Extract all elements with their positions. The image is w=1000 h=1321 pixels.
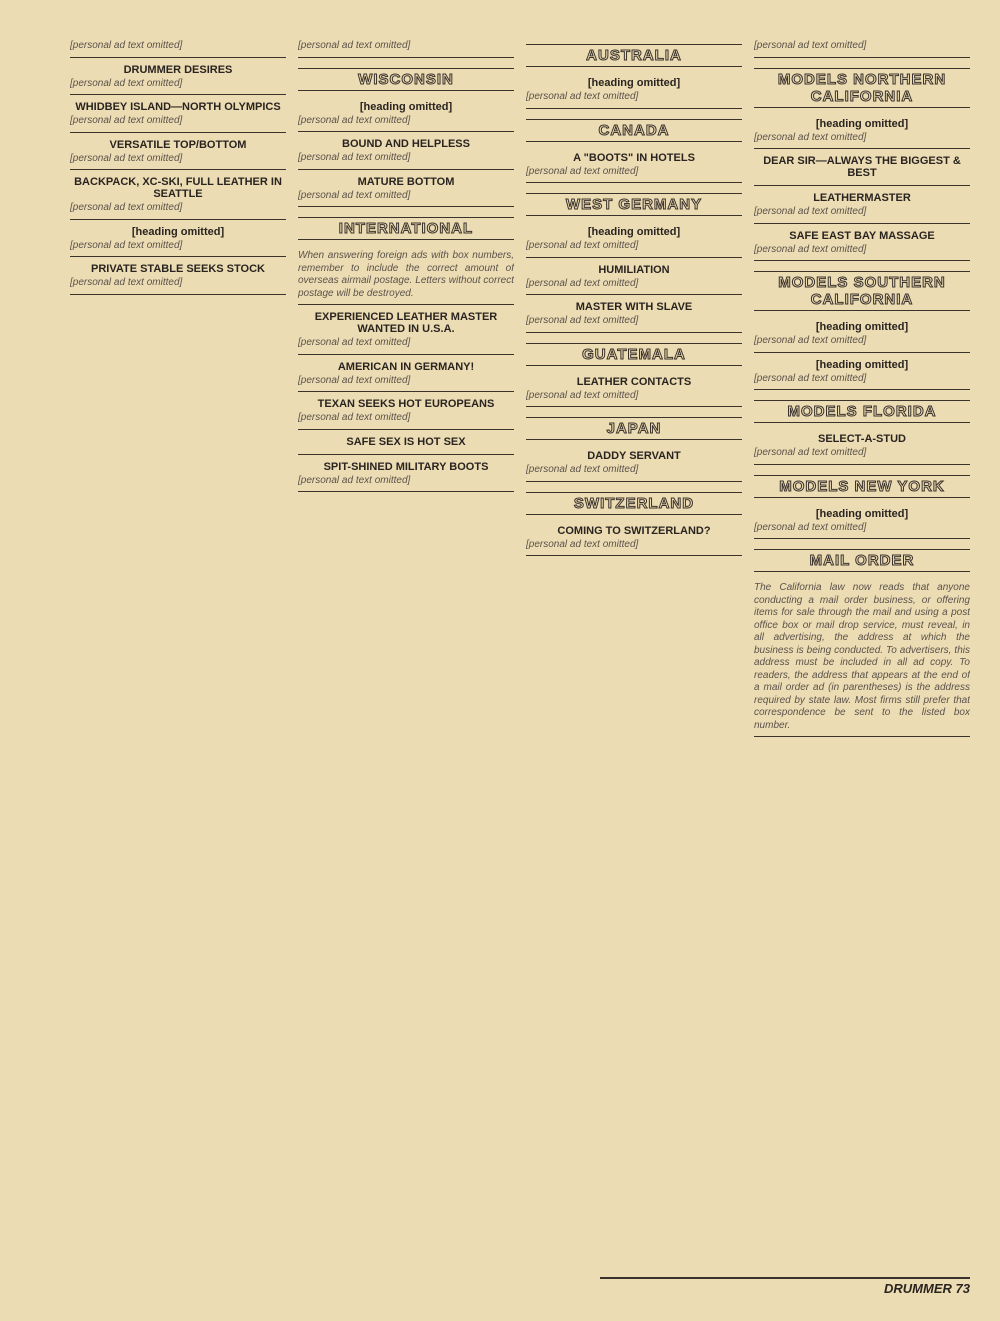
section-banner: MODELS FLORIDA — [754, 400, 970, 423]
classified-ad: The California law now reads that anyone… — [754, 582, 970, 737]
classified-ad: [heading omitted][personal ad text omitt… — [526, 226, 742, 258]
ad-heading: SAFE EAST BAY MASSAGE — [754, 230, 970, 242]
ad-body: [personal ad text omitted] — [70, 40, 286, 53]
classified-ad: [personal ad text omitted] — [754, 40, 970, 58]
ad-heading: [heading omitted] — [754, 321, 970, 333]
ad-body: [personal ad text omitted] — [526, 464, 742, 477]
classified-ad: [personal ad text omitted] — [70, 40, 286, 58]
ad-body: [personal ad text omitted] — [298, 152, 514, 165]
classified-ad: [heading omitted][personal ad text omitt… — [754, 321, 970, 353]
ad-heading: TEXAN SEEKS HOT EUROPEANS — [298, 398, 514, 410]
section-banner: WEST GERMANY — [526, 193, 742, 216]
ad-heading: HUMILIATION — [526, 264, 742, 276]
classified-ad: PRIVATE STABLE SEEKS STOCK[personal ad t… — [70, 263, 286, 295]
section-banner: MAIL ORDER — [754, 549, 970, 572]
ad-body: [personal ad text omitted] — [298, 40, 514, 53]
ad-heading: SAFE SEX IS HOT SEX — [298, 436, 514, 448]
ad-body: [personal ad text omitted] — [298, 412, 514, 425]
ad-body: [personal ad text omitted] — [754, 447, 970, 460]
column-4: [personal ad text omitted]MODELS NORTHER… — [754, 40, 970, 1270]
classified-ad: COMING TO SWITZERLAND?[personal ad text … — [526, 525, 742, 557]
page-footer: DRUMMER 73 — [600, 1277, 970, 1296]
ad-heading: WHIDBEY ISLAND—NORTH OLYMPICS — [70, 101, 286, 113]
ad-heading: [heading omitted] — [70, 226, 286, 238]
ad-heading: BACKPACK, XC-SKI, FULL LEATHER IN SEATTL… — [70, 176, 286, 200]
ad-body: [personal ad text omitted] — [298, 475, 514, 488]
ad-heading: PRIVATE STABLE SEEKS STOCK — [70, 263, 286, 275]
section-banner: MODELS NEW YORK — [754, 475, 970, 498]
ad-heading: A "BOOTS" IN HOTELS — [526, 152, 742, 164]
classified-ad: [personal ad text omitted] — [298, 40, 514, 58]
section-banner: MODELS SOUTHERN CALIFORNIA — [754, 271, 970, 311]
section-banner: MODELS NORTHERN CALIFORNIA — [754, 68, 970, 108]
ad-heading: BOUND AND HELPLESS — [298, 138, 514, 150]
ad-heading: LEATHERMASTER — [754, 192, 970, 204]
classified-ad: AMERICAN IN GERMANY![personal ad text om… — [298, 361, 514, 393]
page-number: 73 — [956, 1281, 970, 1296]
classified-ad: EXPERIENCED LEATHER MASTER WANTED IN U.S… — [298, 311, 514, 355]
ad-body: [personal ad text omitted] — [298, 337, 514, 350]
ad-heading: [heading omitted] — [526, 77, 742, 89]
classified-ad: WHIDBEY ISLAND—NORTH OLYMPICS[personal a… — [70, 101, 286, 133]
ad-body: When answering foreign ads with box numb… — [298, 250, 514, 300]
ad-body: [personal ad text omitted] — [754, 244, 970, 257]
classified-ad: MASTER WITH SLAVE[personal ad text omitt… — [526, 301, 742, 333]
ad-body: The California law now reads that anyone… — [754, 582, 970, 732]
ad-body: [personal ad text omitted] — [526, 278, 742, 291]
ad-heading: COMING TO SWITZERLAND? — [526, 525, 742, 537]
section-banner: CANADA — [526, 119, 742, 142]
classified-ad: SPIT-SHINED MILITARY BOOTS[personal ad t… — [298, 461, 514, 493]
ad-heading: LEATHER CONTACTS — [526, 376, 742, 388]
ad-body: [personal ad text omitted] — [526, 166, 742, 179]
ad-body: [personal ad text omitted] — [298, 115, 514, 128]
ad-heading: [heading omitted] — [526, 226, 742, 238]
ad-body: [personal ad text omitted] — [526, 315, 742, 328]
ad-body: [personal ad text omitted] — [754, 522, 970, 535]
ad-body: [personal ad text omitted] — [526, 539, 742, 552]
classified-ad: SAFE SEX IS HOT SEX — [298, 436, 514, 455]
column-3: AUSTRALIA[heading omitted][personal ad t… — [526, 40, 742, 1270]
classified-ad: TEXAN SEEKS HOT EUROPEANS[personal ad te… — [298, 398, 514, 430]
classified-ad: DADDY SERVANT[personal ad text omitted] — [526, 450, 742, 482]
section-banner: WISCONSIN — [298, 68, 514, 91]
classified-ad: [heading omitted][personal ad text omitt… — [298, 101, 514, 133]
ad-heading: MATURE BOTTOM — [298, 176, 514, 188]
classified-ad: LEATHERMASTER[personal ad text omitted] — [754, 192, 970, 224]
classified-ad: BACKPACK, XC-SKI, FULL LEATHER IN SEATTL… — [70, 176, 286, 220]
classified-ad: [heading omitted][personal ad text omitt… — [526, 77, 742, 109]
ad-heading: MASTER WITH SLAVE — [526, 301, 742, 313]
ad-body: [personal ad text omitted] — [754, 40, 970, 53]
section-banner: INTERNATIONAL — [298, 217, 514, 240]
classified-ad: LEATHER CONTACTS[personal ad text omitte… — [526, 376, 742, 408]
section-banner: GUATEMALA — [526, 343, 742, 366]
ad-heading: DADDY SERVANT — [526, 450, 742, 462]
ad-body: [personal ad text omitted] — [298, 375, 514, 388]
classified-ad: When answering foreign ads with box numb… — [298, 250, 514, 305]
ad-body: [personal ad text omitted] — [70, 277, 286, 290]
magazine-page: [personal ad text omitted]DRUMMER DESIRE… — [70, 40, 970, 1270]
ad-heading: DEAR SIR—ALWAYS THE BIGGEST & BEST — [754, 155, 970, 179]
ad-heading: DRUMMER DESIRES — [70, 64, 286, 76]
ad-heading: SPIT-SHINED MILITARY BOOTS — [298, 461, 514, 473]
ad-body: [personal ad text omitted] — [526, 240, 742, 253]
classified-ad: [heading omitted][personal ad text omitt… — [754, 359, 970, 391]
ad-body: [personal ad text omitted] — [754, 206, 970, 219]
ad-heading: EXPERIENCED LEATHER MASTER WANTED IN U.S… — [298, 311, 514, 335]
section-banner: AUSTRALIA — [526, 44, 742, 67]
ad-body: [personal ad text omitted] — [70, 153, 286, 166]
classified-ad: HUMILIATION[personal ad text omitted] — [526, 264, 742, 296]
column-2: [personal ad text omitted]WISCONSIN[head… — [298, 40, 514, 1270]
classified-ad: [heading omitted][personal ad text omitt… — [754, 118, 970, 150]
ad-heading: [heading omitted] — [754, 359, 970, 371]
classified-ad: SELECT-A-STUD[personal ad text omitted] — [754, 433, 970, 465]
ad-body: [personal ad text omitted] — [70, 202, 286, 215]
classified-ad: [heading omitted][personal ad text omitt… — [754, 508, 970, 540]
ad-body: [personal ad text omitted] — [70, 240, 286, 253]
section-banner: JAPAN — [526, 417, 742, 440]
ad-body: [personal ad text omitted] — [298, 190, 514, 203]
column-1: [personal ad text omitted]DRUMMER DESIRE… — [70, 40, 286, 1270]
ad-heading: [heading omitted] — [298, 101, 514, 113]
ad-body: [personal ad text omitted] — [754, 373, 970, 386]
classified-ad: DRUMMER DESIRES[personal ad text omitted… — [70, 64, 286, 96]
classified-ad: [heading omitted][personal ad text omitt… — [70, 226, 286, 258]
ad-heading: [heading omitted] — [754, 118, 970, 130]
ad-heading: SELECT-A-STUD — [754, 433, 970, 445]
section-banner: SWITZERLAND — [526, 492, 742, 515]
classified-ad: VERSATILE TOP/BOTTOM[personal ad text om… — [70, 139, 286, 171]
ad-body: [personal ad text omitted] — [526, 390, 742, 403]
ad-body: [personal ad text omitted] — [526, 91, 742, 104]
ad-body: [personal ad text omitted] — [70, 78, 286, 91]
classified-ad: DEAR SIR—ALWAYS THE BIGGEST & BEST — [754, 155, 970, 186]
ad-heading: AMERICAN IN GERMANY! — [298, 361, 514, 373]
ad-heading: VERSATILE TOP/BOTTOM — [70, 139, 286, 151]
ad-body: [personal ad text omitted] — [754, 335, 970, 348]
classified-ad: BOUND AND HELPLESS[personal ad text omit… — [298, 138, 514, 170]
ad-heading: [heading omitted] — [754, 508, 970, 520]
ad-body: [personal ad text omitted] — [754, 132, 970, 145]
publication-name: DRUMMER — [884, 1281, 952, 1296]
classified-ad: MATURE BOTTOM[personal ad text omitted] — [298, 176, 514, 208]
classified-ad: SAFE EAST BAY MASSAGE[personal ad text o… — [754, 230, 970, 262]
ad-body: [personal ad text omitted] — [70, 115, 286, 128]
classified-ad: A "BOOTS" IN HOTELS[personal ad text omi… — [526, 152, 742, 184]
